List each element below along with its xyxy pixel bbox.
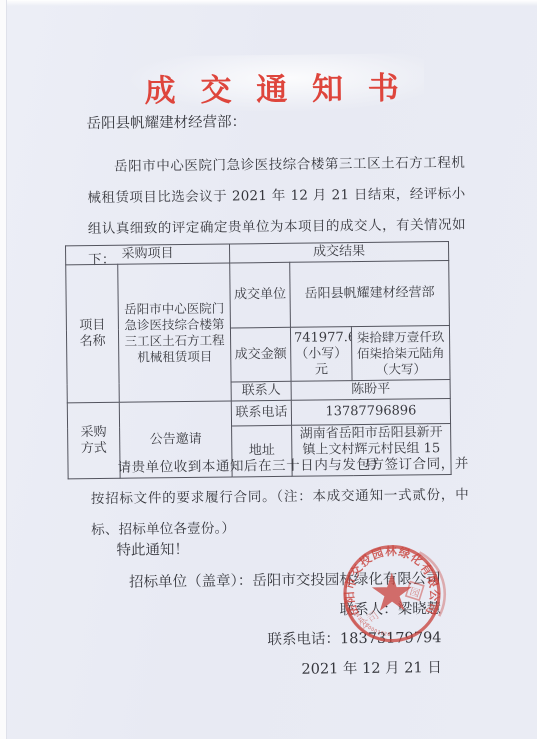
project-name-label-cell: 项目名称 <box>66 264 120 403</box>
phone-value: 13787796896 <box>291 398 450 425</box>
contact-label: 联系人 <box>231 381 291 401</box>
header-award-result: 成交结果 <box>230 241 449 262</box>
phone-label: 联系电话 <box>231 400 291 426</box>
project-name-value: 岳阳市中心医院门急诊医技综合楼第三工区土石方工程机械租赁项目 <box>118 263 232 402</box>
scanned-page: 成 交 通 知 书 岳阳县帆耀建材经营部： 岳阳市中心医院门急诊医技综合楼第三工… <box>6 0 537 739</box>
award-result-table: 采购项目 成交结果 项目名称 岳阳市中心医院门急诊医技综合楼第三工区土石方工程机… <box>65 241 452 479</box>
project-name-label: 项目名称 <box>79 317 107 349</box>
closing-line: 特此通知！ <box>116 538 189 560</box>
instruction-paragraph: 请贵单位收到本通知后在三十日内与发包方签订合同，并按招标文件的要求履行合同。（注… <box>90 449 469 546</box>
signer-contact-line: 联系人：梁晓慧 <box>81 595 441 629</box>
addressee-line: 岳阳县帆耀建材经营部： <box>86 108 486 134</box>
method-label: 采购方式 <box>80 424 108 456</box>
signer-phone-line: 联系电话：18373179794 <box>81 624 441 658</box>
date-line: 2021 年 12 月 21 日 <box>82 654 442 688</box>
amount-numeric: 741977.6（小写）元 <box>290 327 352 382</box>
amount-label: 成交金额 <box>230 327 291 382</box>
winner-value: 岳阳县帆耀建材经营部 <box>290 260 450 327</box>
document-title: 成 交 通 知 书 <box>4 61 535 112</box>
page-content: 成 交 通 知 书 岳阳县帆耀建材经营部： 岳阳市中心医院门急诊医技综合楼第三工… <box>3 0 537 739</box>
table-row: 项目名称 岳阳市中心医院门急诊医技综合楼第三工区土石方工程机械租赁项目 成交单位… <box>66 260 450 329</box>
signature-block: 招标单位（盖章）：岳阳市交投园林绿化有限公司 联系人：梁晓慧 联系电话：1837… <box>81 565 442 687</box>
contact-value: 陈盼平 <box>291 379 450 400</box>
header-procurement-project: 采购项目 <box>66 244 230 265</box>
issuer-line: 招标单位（盖章）：岳阳市交投园林绿化有限公司 <box>81 565 441 599</box>
amount-in-words: 柒拾肆万壹仟玖佰柒拾柒元陆角（大写） <box>351 325 450 380</box>
winner-label: 成交单位 <box>230 262 291 328</box>
